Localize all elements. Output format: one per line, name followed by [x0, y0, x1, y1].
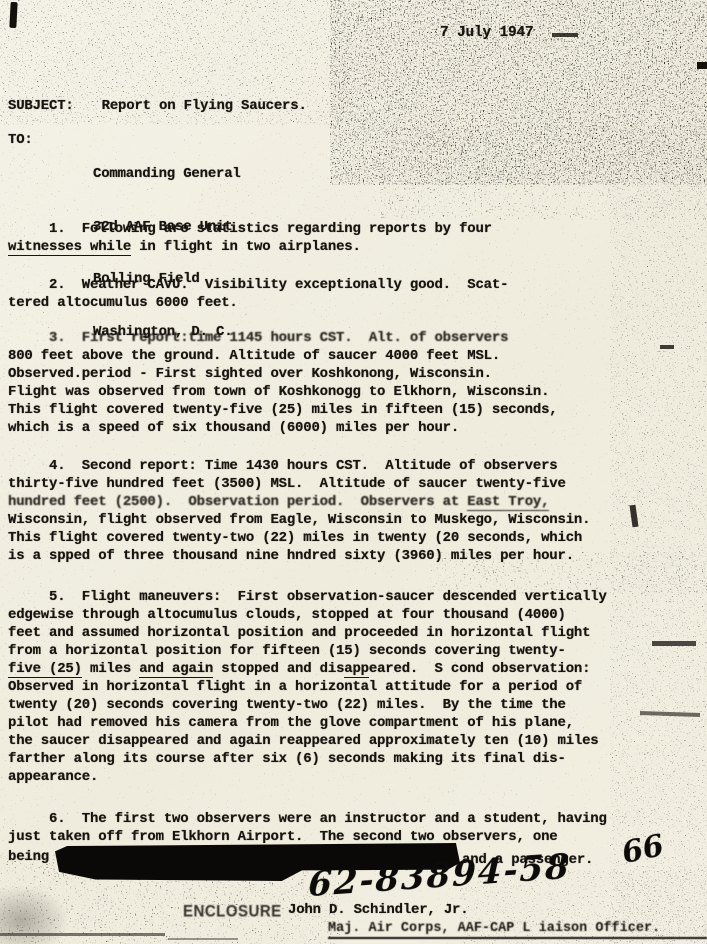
- text-line: 5. Flight maneuvers: First observation-s…: [8, 588, 607, 606]
- paragraph-3: 3. First report:time 1145 hours CST. Alt…: [8, 329, 558, 437]
- subject-line: SUBJECT:Report on Flying Saucers.: [8, 97, 307, 115]
- text-line: Observed.period - First sighted over Kos…: [8, 365, 558, 383]
- subject-label: SUBJECT:: [8, 98, 74, 114]
- text-line: 4. Second report: Time 1430 hours CST. A…: [8, 457, 590, 475]
- ink-mark: [640, 711, 700, 717]
- paragraph-6: 6. The first two observers were an instr…: [8, 810, 607, 846]
- text-line: thirty-five hundred feet (3500) MSL. Alt…: [8, 475, 590, 493]
- signature-title: Maj. Air Corps, AAF-CAP L iaison Officer…: [328, 921, 707, 939]
- paragraph-5: 5. Flight maneuvers: First observation-s…: [8, 588, 607, 786]
- text-line: 1. Following are statistics regarding re…: [8, 220, 492, 238]
- ink-mark: [552, 33, 578, 37]
- scan-noise: [380, 125, 707, 220]
- text-line: pilot had removed his camera from the gl…: [8, 714, 607, 732]
- text-line: Flight was observed from town of Koshkon…: [8, 383, 558, 401]
- ink-mark: [660, 345, 674, 349]
- ink-mark: [629, 505, 638, 528]
- text-line: just taken off from Elkhorn Airport. The…: [8, 828, 607, 846]
- text-line: is a spped of three thousand nine hndred…: [8, 547, 590, 565]
- document-date: 7 July 1947: [440, 24, 534, 42]
- address-line: Commanding General: [93, 166, 241, 184]
- ink-mark: [168, 938, 238, 940]
- paragraph-4: 4. Second report: Time 1430 hours CST. A…: [8, 457, 590, 565]
- text-line: farther along its course after six (6) s…: [8, 750, 607, 768]
- scan-smudge: [0, 885, 70, 944]
- redaction-prefix: being: [8, 848, 49, 866]
- text-line: Wisconsin, flight observed from Eagle, W…: [8, 511, 590, 529]
- text-line: This flight covered twenty-five (25) mil…: [8, 401, 558, 419]
- text-line: hundred feet (2500). Observation period.…: [8, 493, 590, 511]
- subject-text: Report on Flying Saucers.: [102, 98, 307, 114]
- text-line: from a horizontal position for fifteen (…: [8, 642, 607, 660]
- text-line: 800 feet above the ground. Altitude of s…: [8, 347, 558, 365]
- text-line: twenty (20) seconds covering twenty-two …: [8, 696, 607, 714]
- signature-name: John D. Schindler, Jr.: [288, 901, 468, 919]
- text-line: 3. First report:time 1145 hours CST. Alt…: [8, 329, 558, 347]
- text-line: edgewise through altocumulus clouds, sto…: [8, 606, 607, 624]
- to-label: TO:: [8, 131, 33, 149]
- text-line: five (25) miles and again stopped and di…: [8, 660, 607, 678]
- ink-mark: [652, 641, 696, 646]
- text-line: Observed in horizontal flight in a horiz…: [8, 678, 607, 696]
- handwritten-page-number: 66: [619, 828, 667, 871]
- text-line: tered altocumulus 6000 feet.: [8, 294, 508, 312]
- enclosure-stamp: ENCLOSURE: [183, 902, 282, 920]
- ink-mark: [697, 62, 707, 69]
- text-line: the saucer disappeared and again reappea…: [8, 732, 607, 750]
- text-line: feet and assumed horizontal position and…: [8, 624, 607, 642]
- text-line: appearance.: [8, 768, 607, 786]
- ink-mark: [9, 2, 17, 28]
- document-page: 7 July 1947 SUBJECT:Report on Flying Sau…: [0, 0, 707, 944]
- text-line: 2. Weather CAVU. Visibility exceptionall…: [8, 276, 508, 294]
- paragraph-1: 1. Following are statistics regarding re…: [8, 220, 492, 256]
- text-line: witnesses while in flight in two airplan…: [8, 238, 492, 256]
- text-line: 6. The first two observers were an instr…: [8, 810, 607, 828]
- text-line: This flight covered twenty-two (22) mile…: [8, 529, 590, 547]
- text-line: which is a speed of six thousand (6000) …: [8, 419, 558, 437]
- paragraph-2: 2. Weather CAVU. Visibility exceptionall…: [8, 276, 508, 312]
